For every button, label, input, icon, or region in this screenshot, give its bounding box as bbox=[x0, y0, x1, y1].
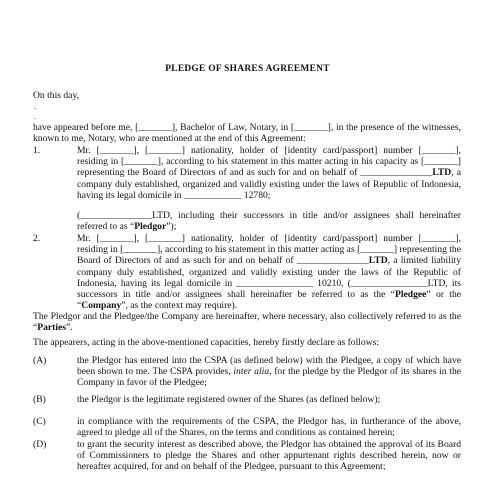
pledgor-definition: (_______________LTD, including their suc… bbox=[77, 210, 461, 232]
recital-a-label: (A) bbox=[33, 355, 63, 366]
declare-intro: The appearers, acting in the above-menti… bbox=[33, 337, 461, 348]
document-title: PLEDGE OF SHARES AGREEMENT bbox=[0, 64, 495, 75]
recital-c-label: (C) bbox=[33, 416, 63, 427]
party-2-company: LTD bbox=[369, 255, 388, 266]
dot-line-2: . bbox=[34, 113, 36, 121]
term-parties: Parties bbox=[37, 322, 66, 333]
appearance-paragraph: have appeared before me, [_______], Bach… bbox=[33, 122, 461, 144]
term-company: Company bbox=[81, 300, 121, 311]
party-1-company: LTD bbox=[432, 167, 451, 178]
recital-d-label: (D) bbox=[33, 439, 63, 450]
term-pledgee: Pledgee bbox=[395, 289, 426, 300]
party-1-text: Mr. [_______], [_______] nationality, ho… bbox=[77, 145, 461, 201]
term-pledgor: Pledgor bbox=[134, 221, 166, 232]
recital-b-label: (B) bbox=[33, 394, 63, 405]
recital-c-text: in compliance with the requirements of t… bbox=[77, 416, 461, 438]
inter-alia: inter alia bbox=[233, 366, 269, 377]
party-2-text: Mr. [_______], [_______] nationality, ho… bbox=[77, 233, 461, 311]
document-page: PLEDGE OF SHARES AGREEMENT On this day, … bbox=[0, 0, 495, 495]
recital-a-text: the Pledgor has entered into the CSPA (a… bbox=[77, 355, 461, 389]
opening-line: On this day, bbox=[33, 90, 461, 101]
recital-d-text: to grant the security interest as descri… bbox=[77, 439, 461, 473]
collective-parties-paragraph: The Pledgor and the Pledgee/the Company … bbox=[33, 311, 461, 333]
party-2-number: 2. bbox=[33, 233, 63, 244]
party-1-number: 1. bbox=[33, 145, 63, 156]
dot-line-1: . bbox=[34, 103, 36, 111]
recital-b-text: the Pledgor is the legitimate registered… bbox=[77, 394, 461, 405]
